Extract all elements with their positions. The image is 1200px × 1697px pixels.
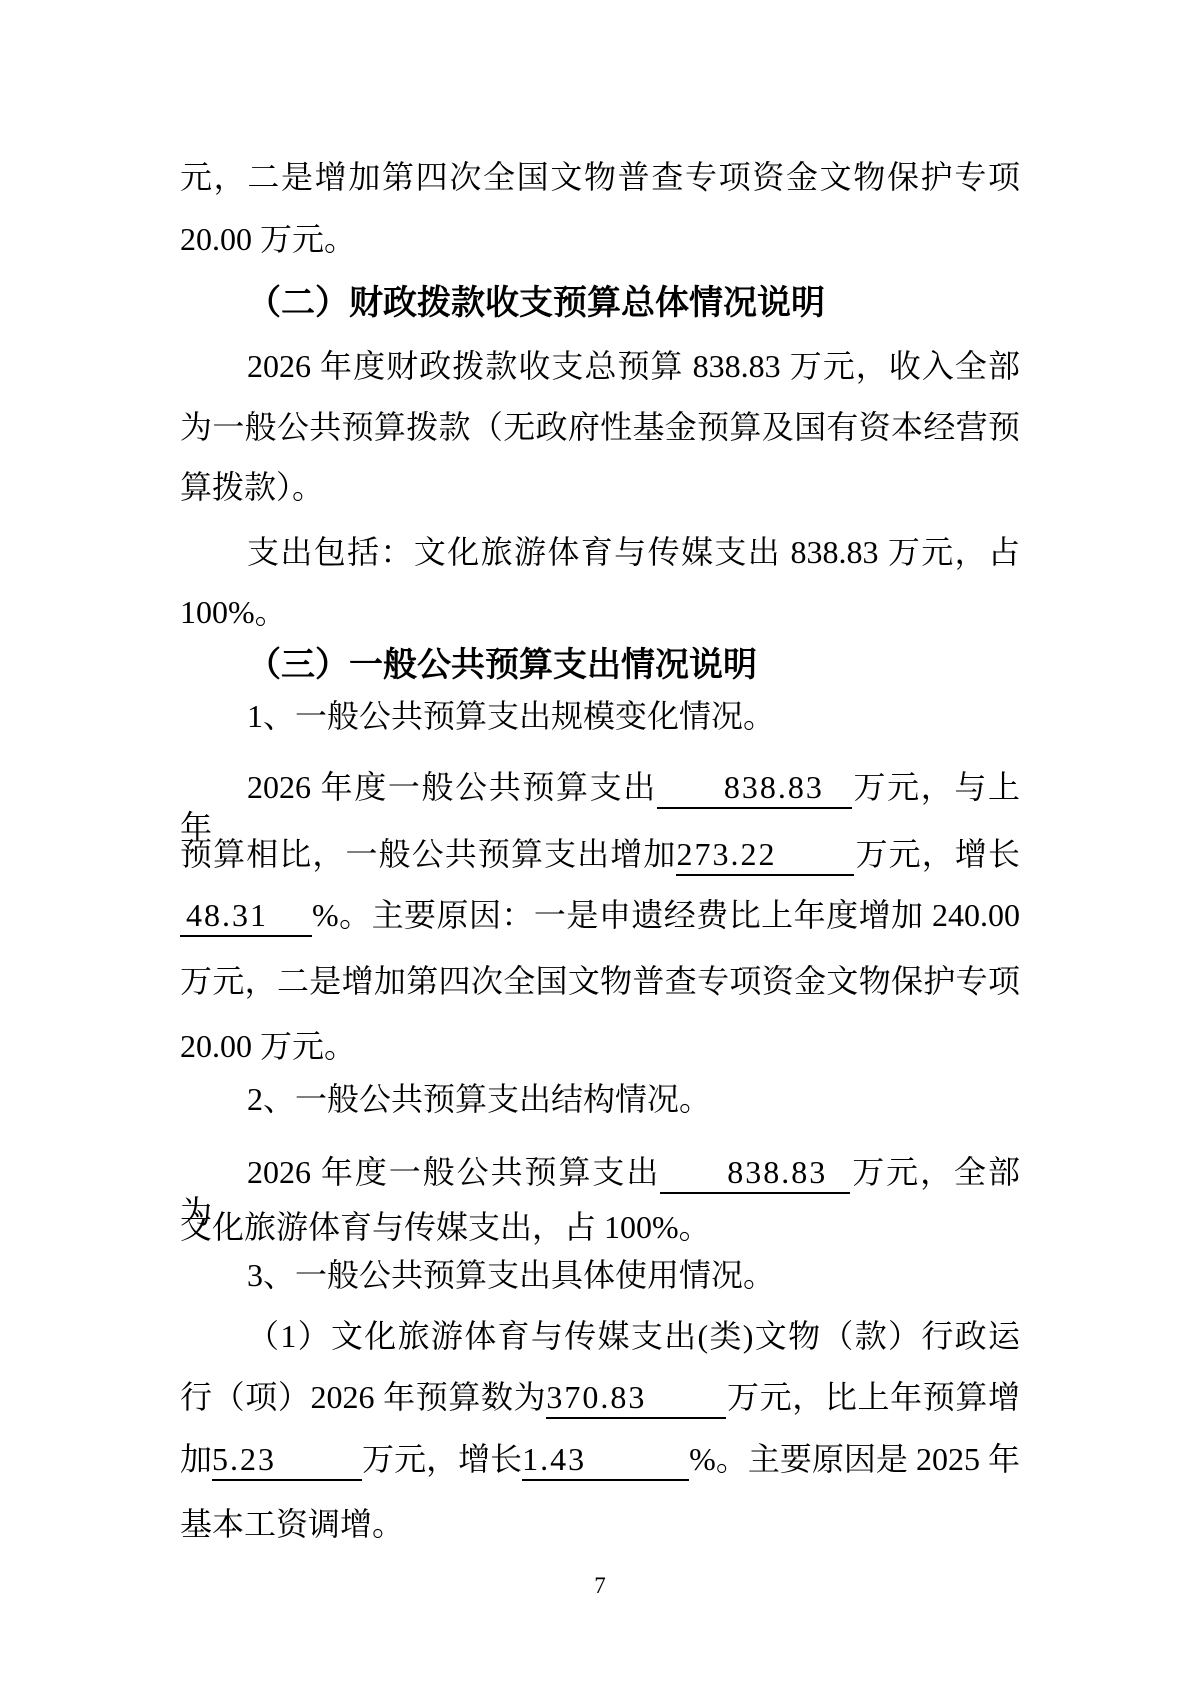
line-text: 万元，二是增加第四次全国文物普查专项资金文物保护专项 (180, 963, 1020, 999)
form-blank-value: 1.43 (522, 1441, 689, 1481)
line-text: 算拨款）。 (180, 469, 324, 505)
line-text-post: %。主要原因是 2025 年 (689, 1441, 1020, 1477)
page-number: 7 (0, 1573, 1200, 1599)
body-line: 20.00 万元。 (180, 1028, 1020, 1066)
line-text: 支出包括：文化旅游体育与传媒支出 838.83 万元，占 (247, 534, 1020, 570)
section-heading-3: （三）一般公共预算支出情况说明 (180, 645, 1020, 685)
line-text: 100%。 (180, 594, 287, 630)
section-heading-2: （二）财政拨款收支预算总体情况说明 (180, 283, 1020, 323)
heading-text: （二）财政拨款收支预算总体情况说明 (247, 284, 825, 322)
line-text: 元，二是增加第四次全国文物普查专项资金文物保护专项 (180, 159, 1020, 195)
body-line: 支出包括：文化旅游体育与传媒支出 838.83 万元，占 (180, 534, 1020, 572)
line-text-pre: 预算相比，一般公共预算支出增加 (180, 836, 676, 872)
list-item-line: 2、一般公共预算支出结构情况。 (180, 1081, 1020, 1119)
line-text: （1）文化旅游体育与传媒支出(类)文物（款）行政运 (247, 1318, 1020, 1354)
line-text: 3、一般公共预算支出具体使用情况。 (247, 1257, 775, 1293)
form-blank-value: 370.83 (546, 1379, 726, 1419)
body-line: 基本工资调增。 (180, 1506, 1020, 1544)
form-blank-value: 48.31 (180, 897, 312, 937)
line-text: 基本工资调增。 (180, 1506, 404, 1542)
line-text-mid: 万元，增长 (362, 1441, 522, 1477)
form-blank-value: 838.83 (657, 769, 852, 809)
document-page: 元，二是增加第四次全国文物普查专项资金文物保护专项 20.00 万元。 （二）财… (0, 0, 1200, 1697)
line-text-post: 万元，比上年预算增 (726, 1379, 1020, 1415)
body-line: （1）文化旅游体育与传媒支出(类)文物（款）行政运 (180, 1318, 1020, 1356)
heading-text: （三）一般公共预算支出情况说明 (247, 646, 757, 684)
body-line: 行（项）2026 年预算数为370.83万元，比上年预算增 (180, 1379, 1020, 1419)
form-blank-value: 273.22 (676, 836, 854, 876)
list-item-line: 3、一般公共预算支出具体使用情况。 (180, 1257, 1020, 1295)
line-text: 为一般公共预算拨款（无政府性基金预算及国有资本经营预 (180, 409, 1020, 445)
line-text-pre: 行（项）2026 年预算数为 (180, 1379, 546, 1415)
body-line: 元，二是增加第四次全国文物普查专项资金文物保护专项 (180, 159, 1020, 197)
line-text-pre: 加 (180, 1441, 212, 1477)
body-line: 20.00 万元。 (180, 221, 1020, 259)
line-text: 1、一般公共预算支出规模变化情况。 (247, 698, 775, 734)
form-blank-value: 838.83 (660, 1154, 850, 1194)
line-text-pre: 2026 年度一般公共预算支出 (247, 1154, 660, 1190)
body-line: 为一般公共预算拨款（无政府性基金预算及国有资本经营预 (180, 409, 1020, 447)
body-line: 2026 年度一般公共预算支出838.83万元，与上年 (180, 769, 1020, 847)
body-line: 算拨款）。 (180, 469, 1020, 507)
line-text-pre: 2026 年度一般公共预算支出 (247, 769, 657, 805)
line-text: 文化旅游体育与传媒支出，占 100%。 (180, 1209, 711, 1245)
line-text: 20.00 万元。 (180, 221, 356, 257)
body-line: 加5.23万元，增长1.43%。主要原因是 2025 年 (180, 1441, 1020, 1481)
body-line: 48.31%。主要原因：一是申遗经费比上年度增加 240.00 (180, 897, 1020, 937)
body-line: 2026 年度财政拨款收支总预算 838.83 万元，收入全部 (180, 348, 1020, 386)
line-text-post: %。主要原因：一是申遗经费比上年度增加 240.00 (312, 897, 1020, 933)
form-blank-value: 5.23 (212, 1441, 362, 1481)
body-line: 万元，二是增加第四次全国文物普查专项资金文物保护专项 (180, 963, 1020, 1001)
body-line: 100%。 (180, 594, 1020, 632)
line-text: 2026 年度财政拨款收支总预算 838.83 万元，收入全部 (247, 348, 1020, 384)
body-line: 预算相比，一般公共预算支出增加273.22万元，增长 (180, 836, 1020, 876)
body-line: 文化旅游体育与传媒支出，占 100%。 (180, 1209, 1020, 1247)
line-text: 20.00 万元。 (180, 1028, 356, 1064)
list-item-line: 1、一般公共预算支出规模变化情况。 (180, 698, 1020, 736)
line-text: 2、一般公共预算支出结构情况。 (247, 1081, 711, 1117)
line-text-post: 万元，增长 (854, 836, 1020, 872)
